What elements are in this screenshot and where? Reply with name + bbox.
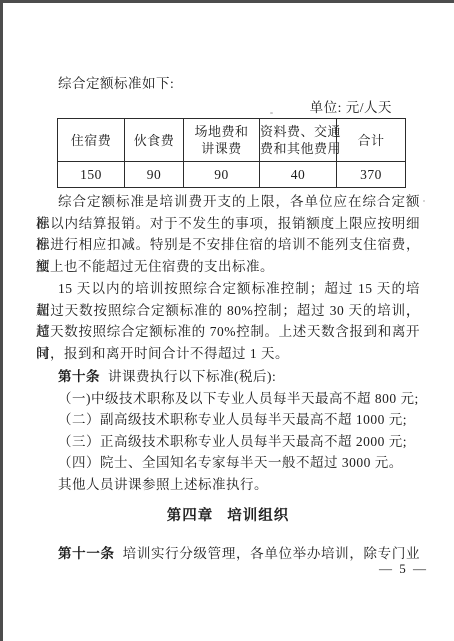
header-cell-venue-lecture: 场地费和 讲课费 [184, 119, 260, 162]
scan-speck [423, 200, 425, 202]
article-10-line: 第十条讲课费执行以下标准(税后): [36, 366, 420, 388]
header-cell-total: 合计 [337, 119, 406, 162]
chapter-number: 第四章 [167, 508, 214, 524]
others-line: 其他人员讲课参照上述标准执行。 [36, 474, 420, 496]
value-total: 370 [337, 162, 406, 188]
paragraph-line: 综合定额标准是培训费开支的上限，各单位应在综合定额标 [36, 191, 420, 213]
header-cell-meals: 伙食费 [125, 119, 184, 162]
scan-edge-left [0, 0, 3, 641]
header-cell-accommodation: 住宿费 [58, 119, 125, 162]
lecture-fee-items: （一)中级技术职称及以下专业人员每半天最高不超 800 元; （二）副高级技术职… [36, 388, 420, 496]
fee-standard-table: 住宿费 伙食费 场地费和 讲课费 资料费、交通 费和其他费用 合计 [57, 118, 406, 188]
article-11-text: 培训实行分级管理，各单位举办培训，除专门业 [123, 546, 420, 561]
article-10-text: 讲课费执行以下标准(税后): [108, 369, 276, 384]
document-page: 综合定额标准如下: 单位: 元/人天 住宿费 伙食费 [0, 0, 454, 641]
list-item: （一)中级技术职称及以下专业人员每半天最高不超 800 元; [36, 388, 420, 410]
header-cell-materials-transport: 资料费、交通 费和其他费用 [260, 119, 337, 162]
paragraph-line: 准以内结算报销。对于不发生的事项，报销额度上限应按明细标 [36, 213, 420, 235]
value-meals: 90 [125, 162, 184, 188]
header-text: 场地费和 [184, 123, 259, 140]
table-value-row: 150 90 90 40 370 [58, 162, 406, 188]
header-text: 资料费、交通 [260, 123, 336, 140]
header-text: 合计 [337, 132, 405, 149]
unit-label: 单位: 元/人天 [36, 97, 392, 119]
chapter-heading: 第四章培训组织 [36, 506, 420, 528]
paragraph-line: 过天数按照综合定额标准的 70%控制。上述天数含报到和离开时 [36, 321, 420, 343]
header-text: 讲课费 [184, 140, 259, 157]
value-materials-transport: 40 [260, 162, 337, 188]
list-item: （二）副高级技术职称专业人员每半天最高不超 1000 元; [36, 409, 420, 431]
header-text: 伙食费 [125, 132, 183, 149]
header-text: 住宿费 [58, 132, 124, 149]
intro-line: 综合定额标准如下: [36, 73, 420, 95]
page-number: — 5 — [379, 558, 428, 580]
value-venue-lecture: 90 [184, 162, 260, 188]
list-item: （四）院士、全国知名专家每半天一般不超过 3000 元。 [36, 452, 420, 474]
paragraph-line: 超过天数按照综合定额标准的 80%控制；超过 30 天的培训，超 [36, 300, 420, 322]
article-10-label: 第十条 [58, 369, 100, 384]
paragraph-duration-control: 15 天以内的培训按照综合定额标准控制；超过 15 天的培训， 超过天数按照综合… [36, 278, 420, 364]
paragraph-line: 准进行相应扣减。特别是不安排住宿的培训不能列支住宿费，额 [36, 234, 420, 256]
paragraph-line: 15 天以内的培训按照综合定额标准控制；超过 15 天的培训， [36, 278, 420, 300]
list-item: （三）正高级技术职称专业人员每半天最高不超 2000 元; [36, 431, 420, 453]
table-header-row: 住宿费 伙食费 场地费和 讲课费 资料费、交通 费和其他费用 合计 [58, 119, 406, 162]
paragraph-quota-explanation: 综合定额标准是培训费开支的上限，各单位应在综合定额标 准以内结算报销。对于不发生… [36, 191, 420, 277]
paragraph-line: 度上也不能超过无住宿费的支出标准。 [36, 256, 420, 278]
paragraph-line: 间，报到和离开时间合计不得超过 1 天。 [36, 343, 420, 365]
document-content: 综合定额标准如下: 单位: 元/人天 住宿费 伙食费 [36, 0, 420, 564]
chapter-title: 培训组织 [227, 508, 289, 524]
value-accommodation: 150 [58, 162, 125, 188]
header-text: 费和其他费用 [260, 140, 336, 157]
article-11-label: 第十一条 [58, 546, 115, 561]
article-11-line: 第十一条培训实行分级管理，各单位举办培训，除专门业 [36, 543, 420, 565]
